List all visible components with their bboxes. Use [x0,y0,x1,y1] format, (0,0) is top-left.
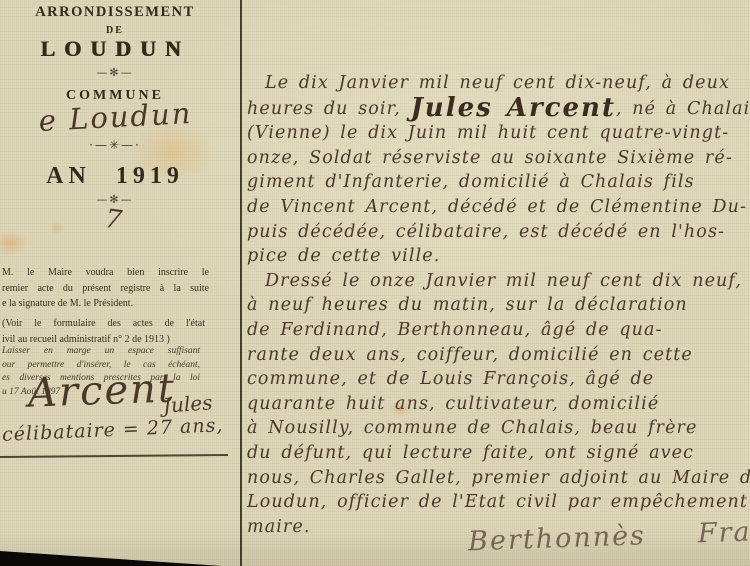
act-line: du défunt, qui lecture faite, ont signé … [247,441,750,466]
act-line: quarante huit ans, cultivateur, domicili… [247,392,750,417]
year-label: AN 1919 [0,163,230,190]
act-line: onze, Soldat réserviste au soixante Sixi… [247,146,750,171]
act-line: pice de cette ville. [247,244,750,269]
register-page-scan: ARRONDISSEMENT DE LOUDUN —✻— COMMUNE e L… [0,0,750,566]
act-line: à Nousilly, commune de Chalais, beau frè… [247,416,750,441]
act-line: giment d'Infanterie, domicilié à Chalais… [247,170,750,195]
mayor-instruction-note: M. le Maire voudra bien inscrire le remi… [2,265,209,312]
ornament-divider-bottom: —✻— [0,193,230,206]
act-line: de Ferdinand, Berthonneau, âgé de qua- [247,318,750,343]
signature-francois: François [697,514,750,550]
note-line: Laisser en marge un espace suffisant [2,345,200,359]
act-line: puis décédée, célibataire, est décédé en… [247,220,750,245]
act-body-text: Le dix Janvier mil neuf cent dix-neuf, à… [247,71,750,539]
note-line: e la signature de M. le Président. [2,296,209,312]
margin-deceased-firstname: Jules [162,390,213,417]
act-line: commune, et de Louis François, âgé de [247,367,750,392]
act-line: de Vincent Arcent, décédé et de Clémenti… [247,195,750,220]
note-line: remier acte du présent registre à la sui… [2,281,209,297]
district-name: LOUDUN [0,36,230,62]
act-line: Loudun, officier de l'Etat civil par emp… [247,490,750,515]
margin-underline-rule [0,454,228,457]
act-line: rante deux ans, coiffeur, domicilié en c… [247,343,750,368]
note-line: (Voir le formulaire des actes de l'état [2,316,205,332]
ornament-divider-middle: ·—✳—· [0,138,230,152]
act-line: à neuf heures du matin, sur la déclarati… [247,293,750,318]
form-reference-note: (Voir le formulaire des actes de l'état … [2,316,205,347]
arrondissement-label: ARRONDISSEMENT [0,4,230,21]
margin-vertical-rule [240,0,242,566]
margin-column: ARRONDISSEMENT DE LOUDUN —✻— COMMUNE e L… [0,0,230,566]
act-number: 7 [103,204,124,236]
signature-berthonneau: Berthonnès [468,520,647,557]
deceased-name-highlight: Jules Arcent [410,93,615,123]
de-label: DE [0,25,230,36]
note-line: M. le Maire voudra bien inscrire le [2,265,209,281]
act-line: (Vienne) le dix Juin mil huit cent quatr… [247,121,750,146]
act-line: nous, Charles Gallet, premier adjoint au… [247,466,750,491]
act-line-fragment: heures du soir, [247,99,410,119]
margin-deceased-surname: Arcent [27,365,176,416]
act-line-fragment: , né à Chalais, [616,99,750,119]
act-line: heures du soir, Jules Arcent, né à Chala… [247,96,750,122]
act-line: Dressé le onze Janvier mil neuf cent dix… [247,269,750,294]
ornament-divider-top: —✻— [0,66,230,79]
margin-status-note: célibataire = 27 ans, [2,414,224,446]
